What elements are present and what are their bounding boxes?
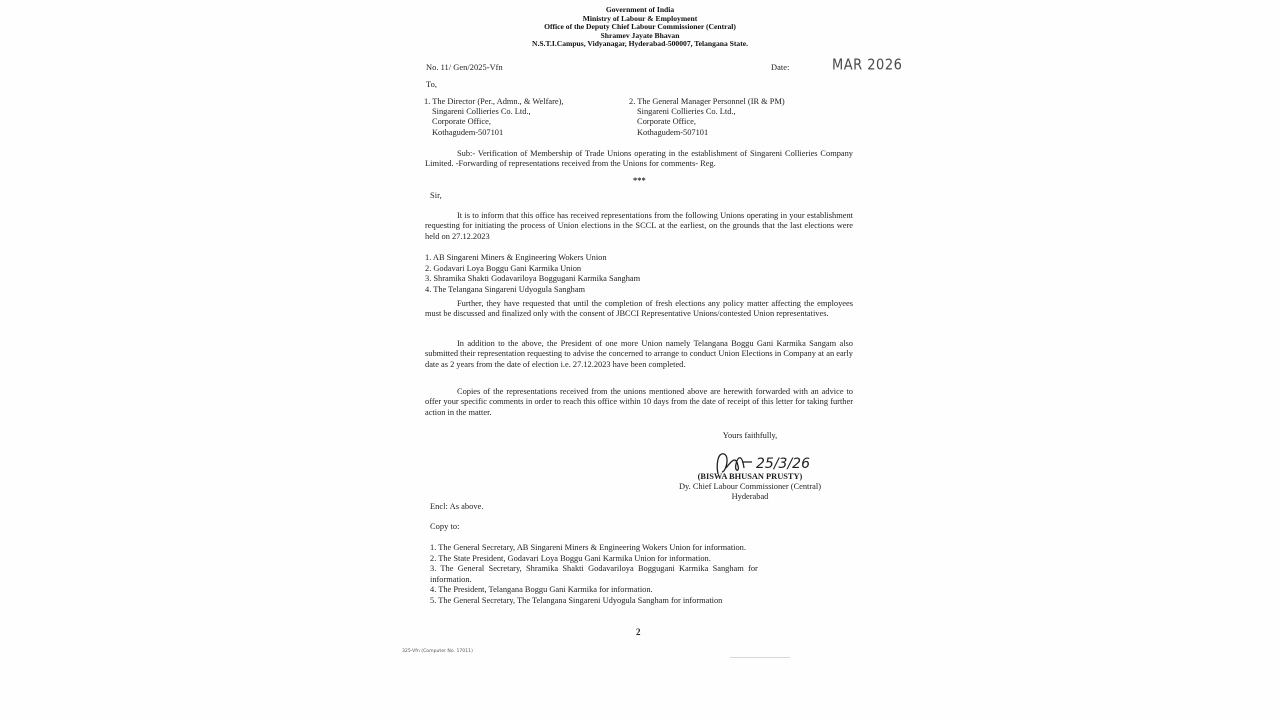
date-stamp: MAR 2026 (832, 57, 902, 74)
closing: Yours faithfully, (640, 431, 860, 441)
copy-to-label: Copy to: (430, 522, 459, 531)
svg-text:25/3/26: 25/3/26 (756, 456, 810, 472)
copy-to-list: 1. The General Secretary, AB Singareni M… (430, 543, 758, 607)
copy-to-item: 3. The General Secretary, Shramika Shakt… (430, 564, 758, 575)
addressee-1-line-3: Corporate Office, (424, 117, 564, 127)
copy-to-item: 1. The General Secretary, AB Singareni M… (430, 543, 758, 554)
addressee-2-line-3: Corporate Office, (629, 117, 785, 127)
scan-artifact-line (730, 657, 790, 658)
page-number: 2 (636, 627, 641, 637)
letterhead-address: N.S.T.I.Campus, Vidyanagar, Hyderabad-50… (420, 40, 860, 49)
union-item: 4. The Telangana Singareni Udyogula Sang… (425, 285, 640, 296)
greeting: Sir, (430, 191, 442, 200)
enclosure-note: Encl: As above. (430, 502, 484, 511)
unions-list: 1. AB Singareni Miners & Engineering Wok… (425, 253, 640, 295)
addressee-2-line-4: Kothagudem-507101 (629, 128, 785, 138)
paragraph-4: Copies of the representations received f… (425, 387, 853, 418)
scanned-letter-page: Government of India Ministry of Labour &… (0, 0, 1280, 720)
separator-asterisks: *** (633, 176, 646, 185)
copy-to-item-continued: information. (430, 575, 758, 586)
subject-line: Sub:- Verification of Membership of Trad… (425, 149, 853, 170)
copy-to-item: 4. The President, Telangana Boggu Gani K… (430, 585, 758, 596)
addressee-2-line-1: 2. The General Manager Personnel (IR & P… (629, 97, 785, 106)
to-label: To, (426, 80, 437, 89)
signatory-designation: Dy. Chief Labour Commissioner (Central) (640, 482, 860, 492)
addressee-2: 2. The General Manager Personnel (IR & P… (629, 97, 785, 138)
addressee-1-line-2: Singareni Collieries Co. Ltd., (424, 107, 564, 117)
signatory-name: (BISWA BHUSAN PRUSTY) (640, 472, 860, 482)
footer-code: 325-Vfn (Computer No. 17011) (402, 649, 473, 654)
addressee-1: 1. The Director (Per., Admn., & Welfare)… (424, 97, 564, 138)
copy-to-item: 5. The General Secretary, The Telangana … (430, 596, 758, 607)
date-label: Date: (771, 63, 789, 72)
paragraph-1: It is to inform that this office has rec… (425, 211, 853, 242)
addressee-1-line-1: 1. The Director (Per., Admn., & Welfare)… (424, 97, 564, 106)
union-item: 1. AB Singareni Miners & Engineering Wok… (425, 253, 640, 264)
letterhead: Government of India Ministry of Labour &… (420, 6, 860, 49)
copy-to-item: 2. The State President, Godavari Loya Bo… (430, 554, 758, 565)
union-item: 3. Shramika Shakti Godavariloya Boggugan… (425, 274, 640, 285)
addressee-2-line-2: Singareni Collieries Co. Ltd., (629, 107, 785, 117)
addressee-1-line-4: Kothagudem-507101 (424, 128, 564, 138)
union-item: 2. Godavari Loya Boggu Gani Karmika Unio… (425, 264, 640, 275)
paragraph-3: In addition to the above, the President … (425, 339, 853, 370)
paragraph-2: Further, they have requested that until … (425, 299, 853, 320)
reference-number: No. 11/ Gen/2025-Vfn (426, 63, 503, 72)
signatory-location: Hyderabad (640, 492, 860, 502)
